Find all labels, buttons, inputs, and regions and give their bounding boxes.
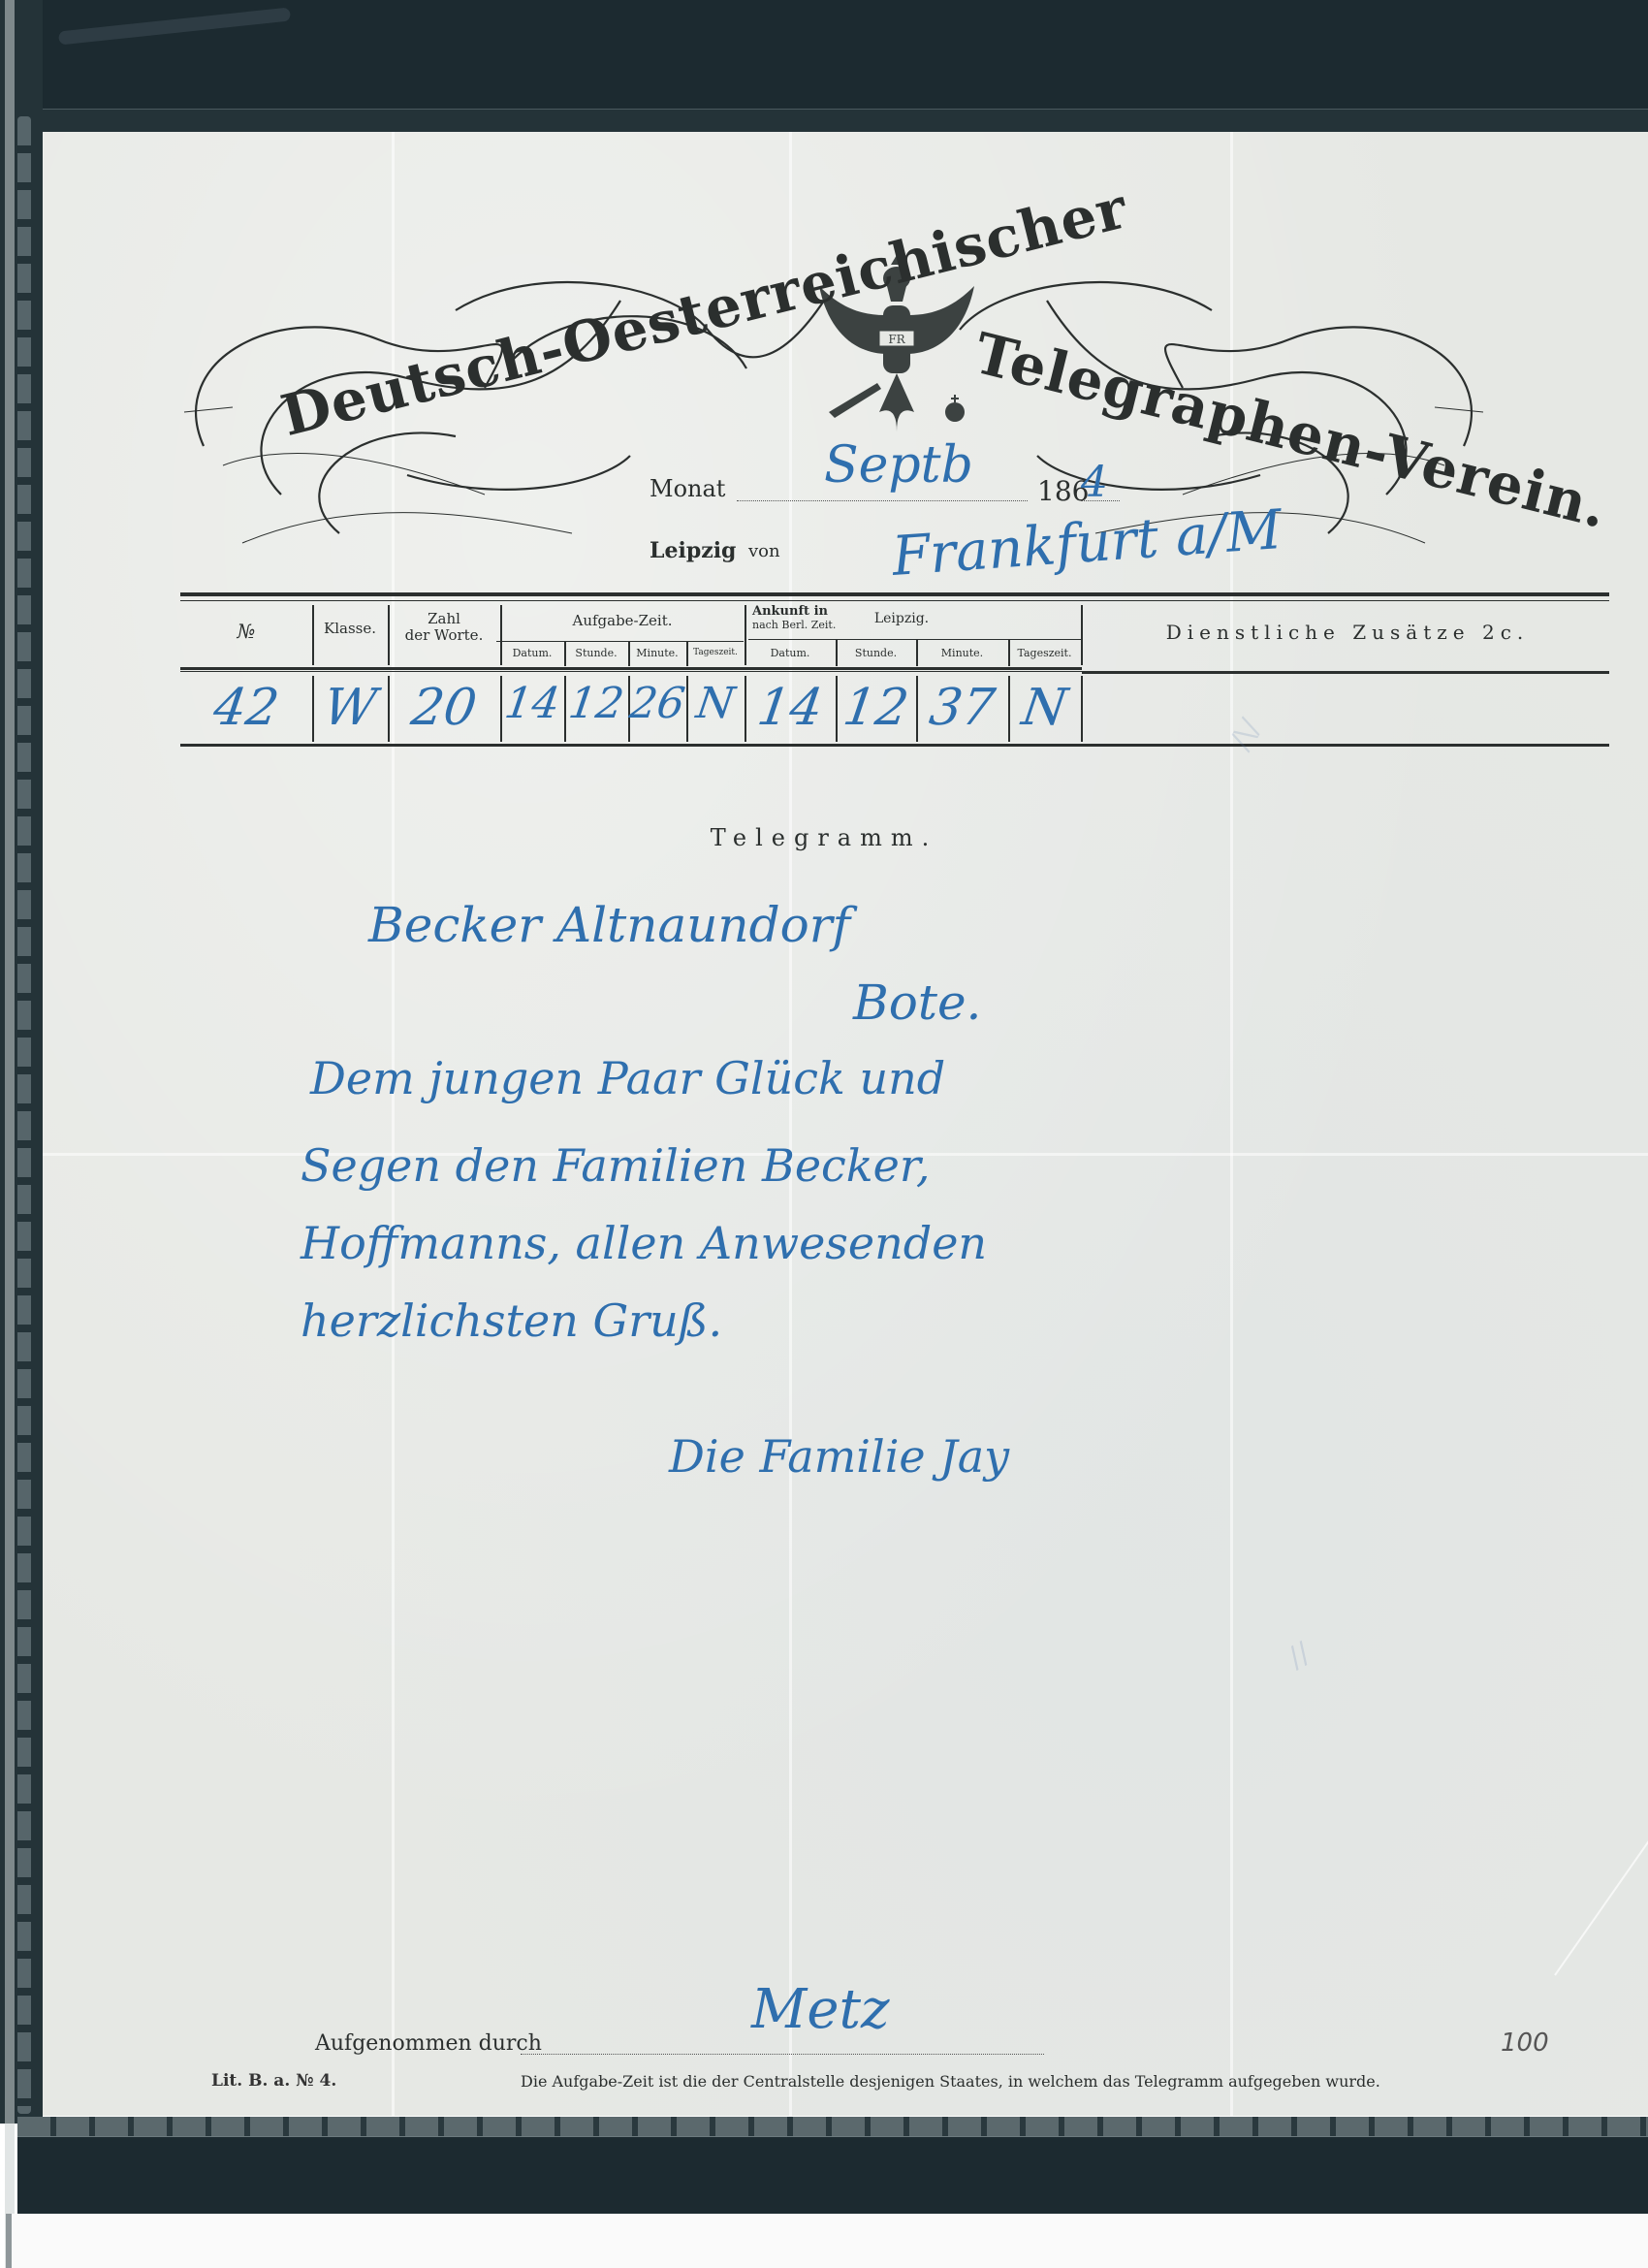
month-value: Septb xyxy=(824,436,973,495)
table-header-rule-right xyxy=(1082,671,1609,674)
message-line: Segen den Familien Becker, xyxy=(301,1139,930,1192)
cell-zahl: 20 xyxy=(384,679,504,737)
cell-klasse: W xyxy=(308,679,392,737)
sub-header: Tageszeit. xyxy=(1008,648,1081,660)
footer-note: Die Aufgabe-Zeit ist die der Centralstel… xyxy=(521,2072,1380,2091)
cell-aufgabe-tageszeit: N xyxy=(682,679,747,728)
table-header-rule xyxy=(180,667,1082,670)
sleeve-edge xyxy=(5,0,15,2268)
cell-aufgabe-datum: 14 xyxy=(496,679,567,728)
col-header-zahl: Zahl der Worte. xyxy=(388,611,500,645)
received-by-dotted-line xyxy=(521,2054,1044,2055)
address-line-2: Bote. xyxy=(853,974,981,1031)
cell-ankunft-datum: 14 xyxy=(741,679,840,737)
table-top-rule-thin xyxy=(180,600,1609,601)
ankunft-subrule xyxy=(748,639,1082,640)
aufgabe-subrule xyxy=(496,641,744,642)
col-header-aufgabe: Aufgabe-Zeit. xyxy=(500,613,745,629)
sub-header: Stunde. xyxy=(564,648,628,660)
scan-edge-line xyxy=(6,2214,12,2268)
table-bottom-rule xyxy=(180,744,1609,747)
col-header-nr: № xyxy=(180,621,312,643)
month-dotted-line xyxy=(737,500,1028,501)
pencil-annotation: 100 xyxy=(1501,2028,1549,2058)
sub-header: Datum. xyxy=(745,648,836,660)
ankunft-place: Leipzig. xyxy=(863,611,940,626)
message-line: Hoffmanns, allen Anwesenden xyxy=(301,1217,987,1269)
received-by-label: Aufgenommen durch xyxy=(315,2031,542,2056)
album-sleeve-top xyxy=(0,0,1648,109)
album-sleeve-band xyxy=(0,109,1648,135)
col-header-zahl-line2: der Worte. xyxy=(388,627,500,644)
form-number: Lit. B. a. № 4. xyxy=(211,2071,336,2091)
svg-text:FR: FR xyxy=(888,333,905,346)
message-line: herzlichsten Gruß. xyxy=(301,1294,722,1347)
cell-ankunft-tageszeit: N xyxy=(1004,679,1085,737)
sub-header: Minute. xyxy=(916,648,1008,660)
table-header-rule-thin xyxy=(180,671,1082,672)
received-by-signature: Metz xyxy=(751,1978,890,2041)
col-divider xyxy=(1081,605,1083,665)
sub-header: Minute. xyxy=(628,648,686,660)
cell-nr: 42 xyxy=(176,679,316,737)
telegram-heading: Telegramm. xyxy=(0,824,1648,851)
sleeve-perforation-horizontal xyxy=(17,2117,1648,2137)
col-header-klasse: Klasse. xyxy=(312,621,388,637)
signature: Die Familie Jay xyxy=(669,1430,1009,1483)
station-label: Leipzig xyxy=(650,538,736,563)
table-top-rule xyxy=(180,592,1609,596)
year-suffix: 4 xyxy=(1081,458,1108,507)
address-line: Becker Altnaundorf xyxy=(368,897,850,953)
sub-header: Tageszeit. xyxy=(686,648,745,657)
month-label: Monat xyxy=(650,475,725,502)
sleeve-glint xyxy=(58,7,291,45)
scan-background xyxy=(6,2214,1648,2268)
sub-header: Stunde. xyxy=(836,648,916,660)
message-line: Dem jungen Paar Glück und xyxy=(310,1052,945,1104)
sub-header: Datum. xyxy=(500,648,564,660)
von-label: von xyxy=(748,541,780,561)
col-header-dienstliche: Dienstliche Zusätze 2c. xyxy=(1086,622,1609,644)
col-header-zahl-line1: Zahl xyxy=(388,611,500,627)
corner-crease xyxy=(1554,1800,1648,1975)
sleeve-perforation-vertical xyxy=(17,116,31,2114)
cell-ankunft-minute: 37 xyxy=(912,679,1012,737)
cell-aufgabe-stunde: 12 xyxy=(560,679,631,728)
cell-ankunft-stunde: 12 xyxy=(832,679,920,737)
cell-aufgabe-minute: 26 xyxy=(624,679,689,728)
